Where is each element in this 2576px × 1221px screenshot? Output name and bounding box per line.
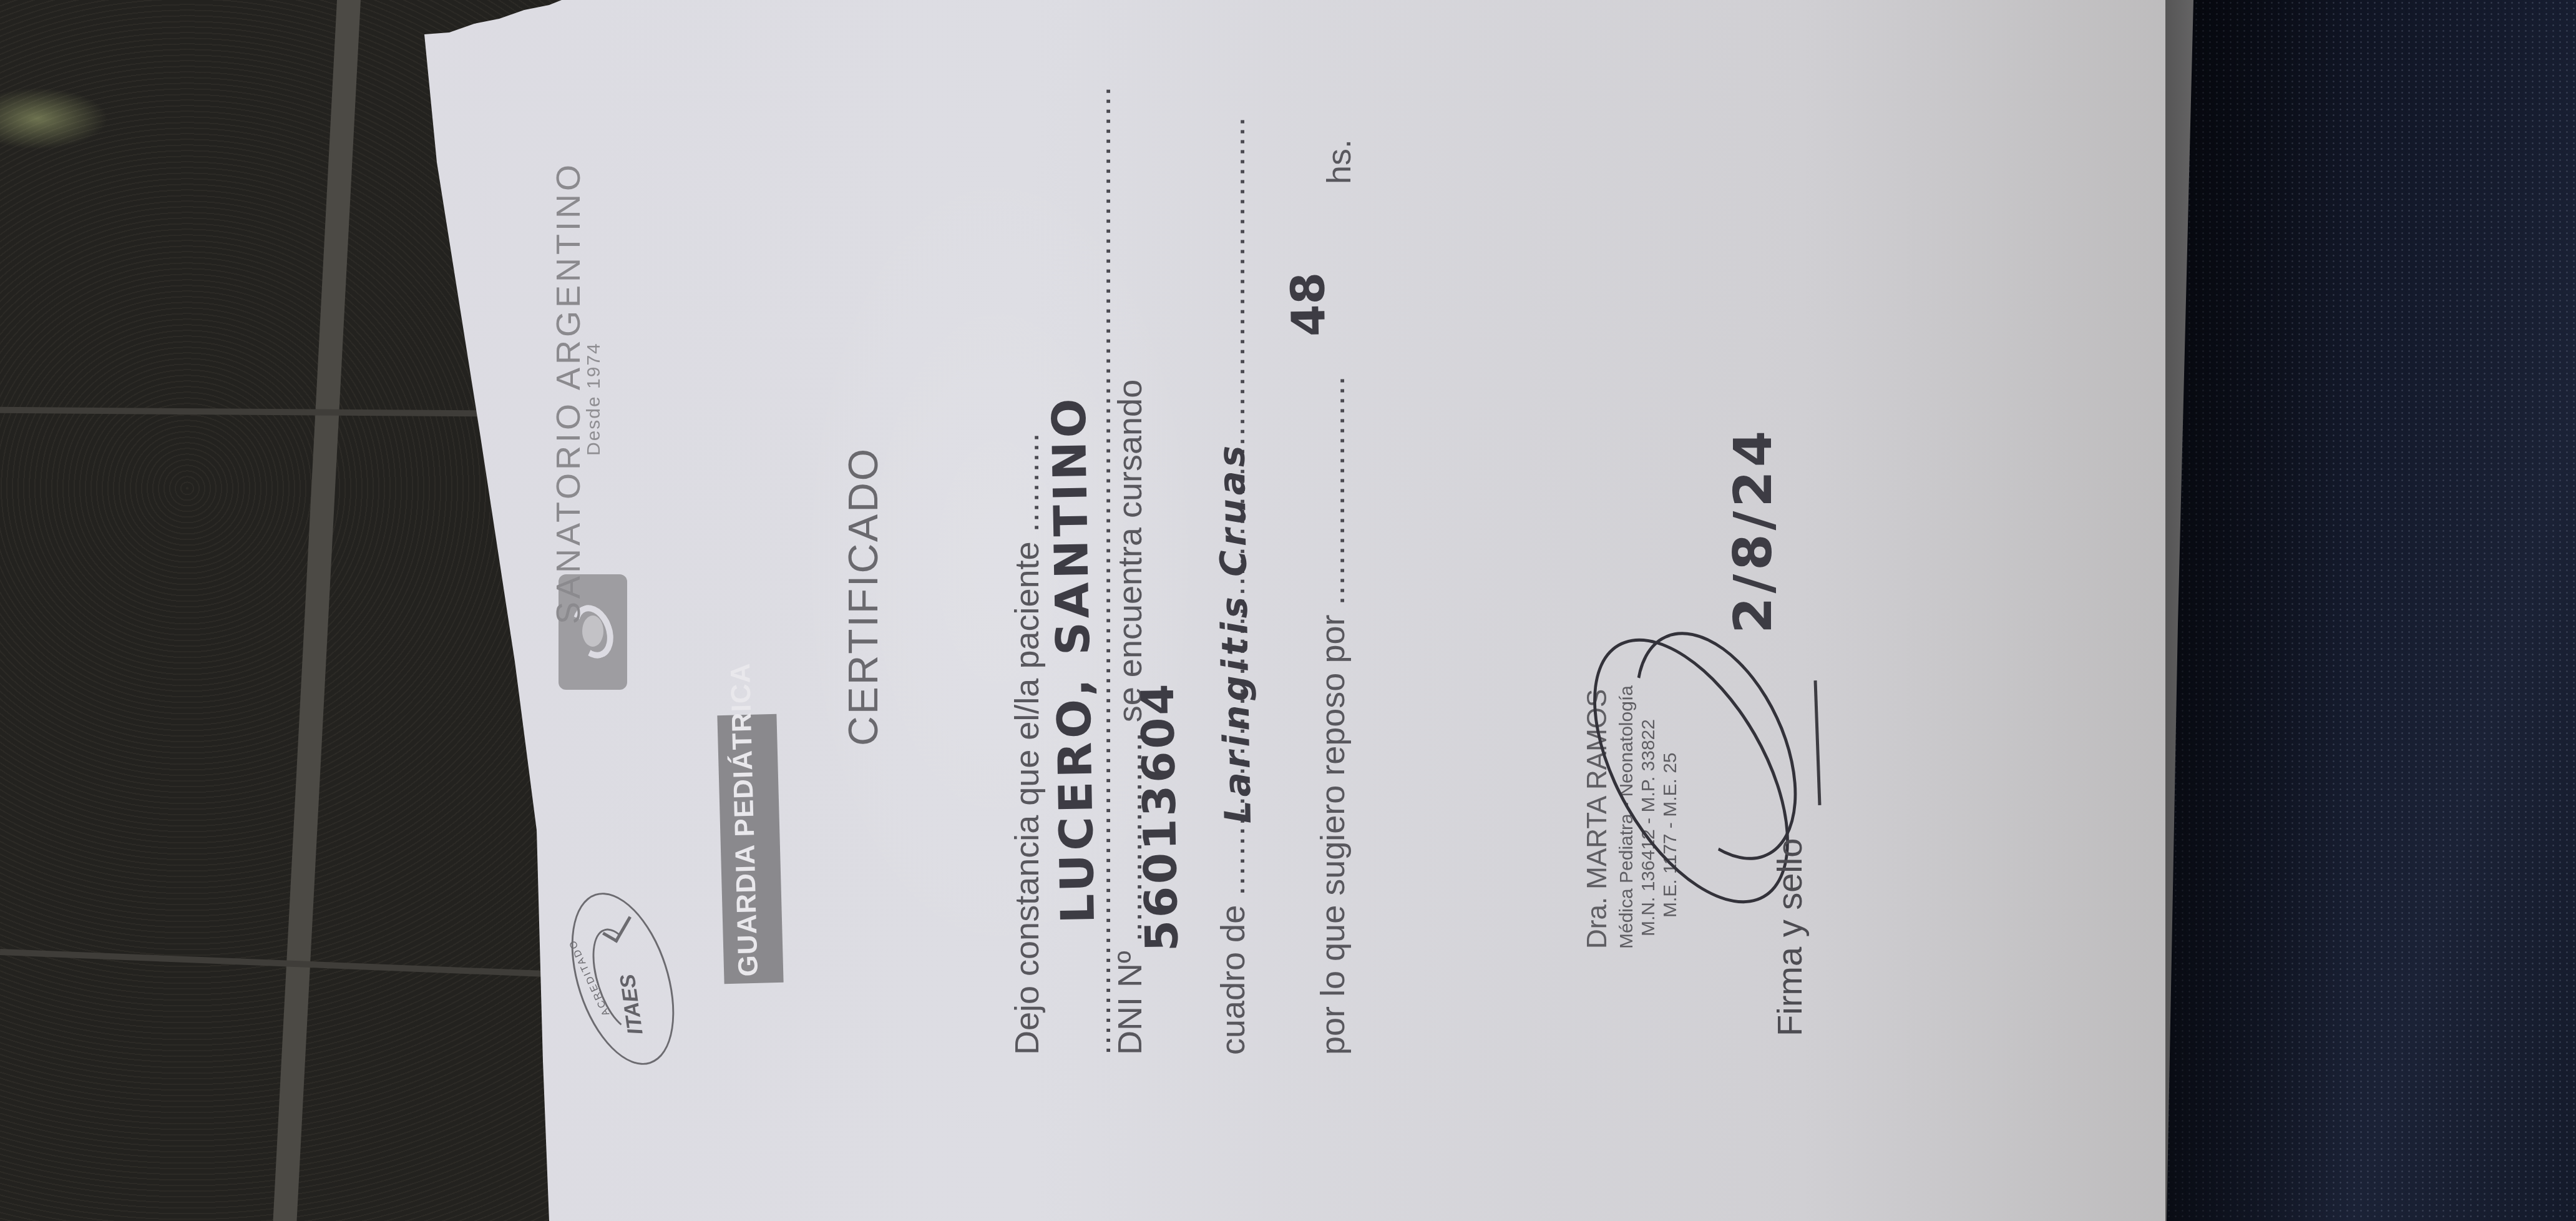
signature-label: Firma y sello	[1769, 838, 1810, 1036]
diagnosis-label: cuadro de	[1214, 905, 1252, 1055]
certificate-title: CERTIFICADO	[839, 447, 887, 746]
handwritten-date: 2/8/24	[1722, 427, 1783, 634]
form-line-rest: por lo que sugiero reposo por ..........…	[1314, 375, 1352, 1055]
dni-label: DNI Nº	[1111, 951, 1149, 1055]
form-line-patient: Dejo constancia que el/la paciente .....…	[1008, 432, 1046, 1055]
handwritten-rest-hours: 48	[1281, 272, 1336, 337]
handwritten-diagnosis: Laringitis Cruas	[1210, 441, 1259, 824]
rest-unit: hs.	[1320, 139, 1359, 184]
handwritten-patient-name: LUCERO, SANTINO	[1042, 395, 1105, 924]
handwritten-dni: 56013604	[1131, 681, 1188, 952]
patient-label: Dejo constancia que el/la paciente	[1008, 541, 1046, 1055]
dotted-fill-line: ..........	[1008, 432, 1046, 532]
dotted-fill-line: .......................	[1314, 375, 1352, 605]
institution-name: SANATORIO ARGENTINO	[549, 162, 588, 624]
rest-label: por lo que sugiero reposo por	[1314, 615, 1352, 1055]
paper-edge-shadow	[2165, 0, 2353, 1221]
institution-since: Desde 1974	[583, 342, 605, 456]
dni-suffix: se encuentra cursando	[1111, 380, 1149, 722]
